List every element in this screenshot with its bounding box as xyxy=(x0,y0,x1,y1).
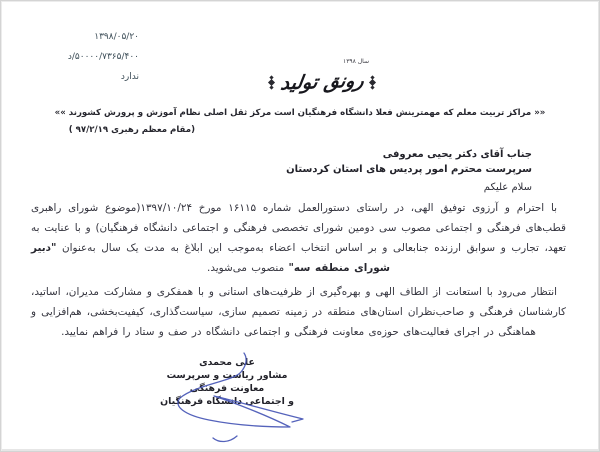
body-paragraph-1: با احترام و آرزوی توفیق الهی، در راستای … xyxy=(31,198,566,278)
letter-page: ۱۳۹۸/۰۵/۲۰ د/۵۰۰۰۰/۷۳۶۵/۴۰۰ ندارد سال ۱۳… xyxy=(0,0,600,452)
slogan-logo: سال ۱۳۹۸ رونق تولید xyxy=(249,59,395,105)
addressee-block: جناب آقای دکتر یحیی معروفی سرپرست محترم … xyxy=(286,147,532,177)
signer-title-line1: مشاور ریاست و سرپرست معاونت فرهنگی xyxy=(151,369,303,395)
letter-attachment: ندارد xyxy=(25,72,139,82)
letter-attachment-value: ندارد xyxy=(121,72,139,82)
letter-date: ۱۳۹۸/۰۵/۲۰ xyxy=(25,32,139,42)
signer-name: علی محمدی xyxy=(151,356,303,369)
letter-date-value: ۱۳۹۸/۰۵/۲۰ xyxy=(94,32,139,42)
signer-title-line2: و اجتماعی دانشگاه فرهنگیان xyxy=(151,395,303,408)
addressee-title: سرپرست محترم امور پردیس های استان کردستا… xyxy=(286,162,532,177)
body-p1-text: با احترام و آرزوی توفیق الهی، در راستای … xyxy=(31,202,566,254)
salutation: سلام علیکم xyxy=(484,182,532,193)
signature-block: علی محمدی مشاور ریاست و سرپرست معاونت فر… xyxy=(151,356,303,408)
body-p1-closing: منصوب می‌شوید. xyxy=(207,262,288,274)
letter-meta: ۱۳۹۸/۰۵/۲۰ د/۵۰۰۰۰/۷۳۶۵/۴۰۰ ندارد xyxy=(25,32,139,82)
quote-attribution: (مقام معظم رهبری ۹۷/۲/۱۹ ) xyxy=(69,125,195,135)
slogan-calligraphy: رونق تولید xyxy=(279,70,365,95)
ornament-right-icon xyxy=(370,76,375,89)
slogan-year-label: سال ۱۳۹۸ xyxy=(343,58,369,65)
letter-number-value: د/۵۰۰۰۰/۷۳۶۵/۴۰۰ xyxy=(68,52,139,62)
ornament-left-icon xyxy=(269,76,274,89)
leader-quote: «« مراکز تربیت معلم که مهمترینش فعلا دان… xyxy=(37,108,563,118)
addressee-name: جناب آقای دکتر یحیی معروفی xyxy=(286,147,532,162)
body-paragraph-2: انتظار می‌رود با استعانت از الطاف الهی و… xyxy=(31,282,566,342)
letter-number: د/۵۰۰۰۰/۷۳۶۵/۴۰۰ xyxy=(25,52,139,62)
